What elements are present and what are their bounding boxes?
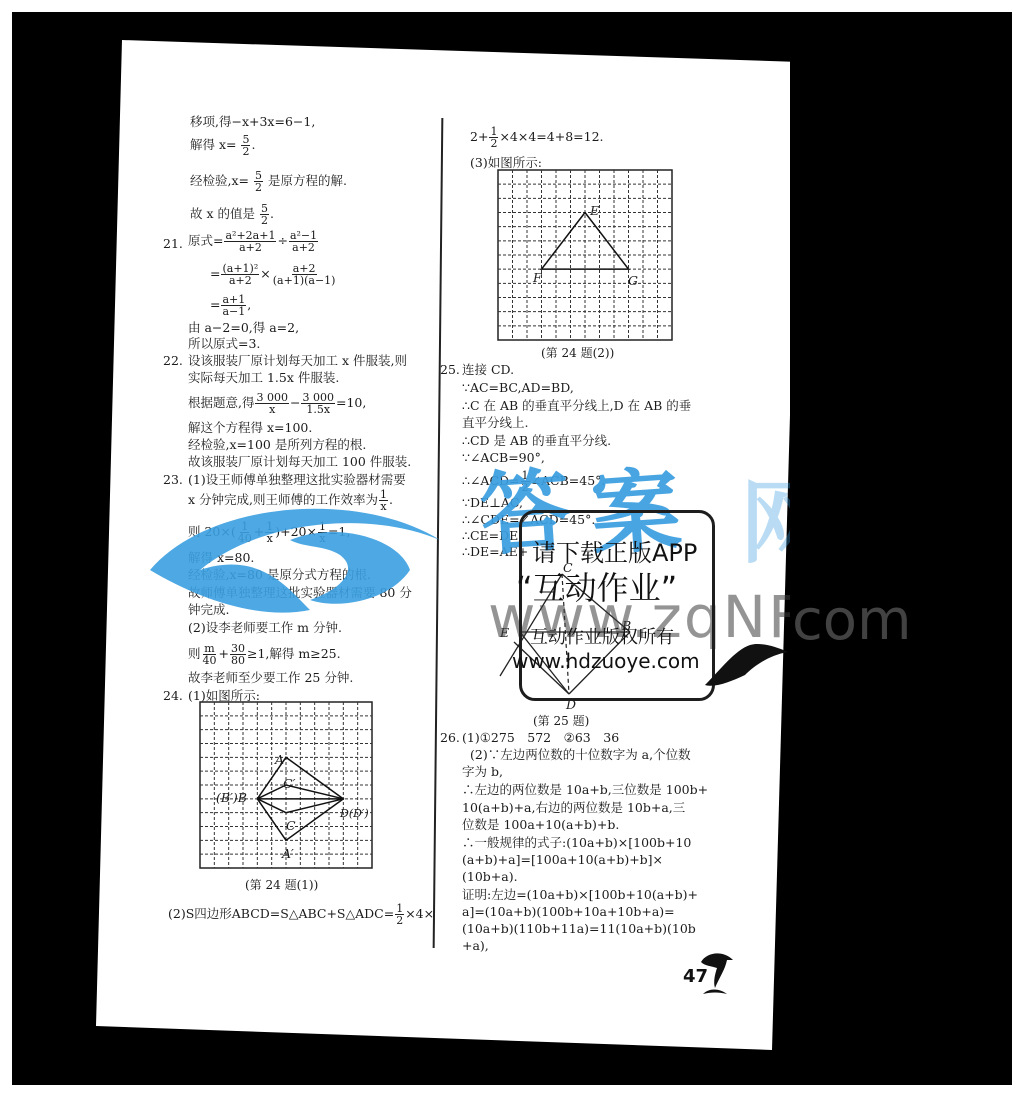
text-line: +a), [462,938,489,953]
text-line: (2)S四边形ABCD=S△ABC+S△ADC=12×4× [168,903,434,926]
label-G: G [628,273,638,288]
label-C: C [286,818,296,833]
watermark-url-tail: com [792,588,912,653]
stamp-text: www.hdzuoye.com [512,649,700,673]
text-line: 经检验,x= 52 是原方程的解. [190,170,347,193]
fraction: 12 [395,903,404,926]
text-line: 原式=a²+2a+1a+2÷a²−1a+2 [188,230,319,253]
text-line: ∵AC=BC,AD=BD, [462,380,574,395]
text-span: 解得 x= [190,137,237,152]
fraction: a²+2a+1a+2 [224,230,276,253]
label-A: A [275,752,284,767]
fraction: 52 [260,203,269,226]
text-line: (1)如图所示: [188,688,260,703]
ink-blot [700,630,790,690]
text-line: (10a+b)(110b+11a)=11(10a+b)(10b [462,921,696,936]
fraction: a+1a−1 [221,294,246,317]
dolphin-icon [697,948,737,1000]
text-line: =(a+1)²a+2×a+2(a+1)(a−1) [210,263,337,286]
label-A-prime: A′ [282,846,294,861]
figure-caption: (第 25 题) [533,712,589,729]
question-number: 24. [163,688,183,703]
text-line: 解得 x= 52. [190,134,255,157]
text-line: 10(a+b)+a,右边的两位数是 10b+a,三 [462,800,685,815]
text-line: (3)如图所示: [470,155,542,170]
fraction: 3 0001.5x [301,392,335,415]
copyright-stamp: 请下载正版APP “互动作业” 互动作业版权所有 www.hdzuoye.com [519,510,715,701]
text-line: (1)①275 572 ②63 36 [462,730,619,745]
figure-caption: (第 24 题(1)) [245,876,318,893]
label-B: (B′)B [216,790,247,805]
text-span: 是原方程的解. [268,173,347,188]
stamp-text: “互动作业” [516,563,677,609]
text-line: =a+1a−1, [210,294,251,317]
text-line: 连接 CD. [462,362,514,377]
fraction: a²−1a+2 [289,230,318,253]
text-line: 证明:左边=(10a+b)×[100b+10(a+b)+ [462,887,698,902]
text-line: 直平分线上. [462,415,528,430]
label-F: F [533,270,542,285]
eye-logo-watermark [140,480,460,630]
text-line: 经检验,x=100 是所列方程的根. [188,437,366,452]
text-line: 则m40+3080≥1,解得 m≥25. [188,643,341,666]
text-line: (a+b)+a]=[100a+10(a+b)+b]× [462,852,663,867]
question-number: 22. [163,353,183,368]
text-line: 设该服装厂原计划每天加工 x 件服装,则 [188,353,407,368]
text-line: ∴C 在 AB 的垂直平分线上,D 在 AB 的垂 [462,398,691,413]
fraction: 12 [489,126,498,149]
text-span: 故 x 的值是 [190,206,255,221]
stamp-text: 互动作业版权所有 [530,623,674,649]
scan-right-margin [790,40,1012,1085]
fraction: 3080 [230,643,246,666]
fraction: 52 [254,170,263,193]
figure-caption: (第 24 题(2)) [541,344,614,361]
text-line: ∴一般规律的式子:(10a+b)×[100b+10 [462,835,691,850]
question-number: 25. [440,362,460,377]
text-line: 根据题意,得3 000x−3 0001.5x=10, [188,392,366,415]
fraction: a+2(a+1)(a−1) [272,263,337,286]
text-line: 故 x 的值是 52. [190,203,274,226]
text-span: 经检验,x= [190,173,249,188]
fraction: (a+1)²a+2 [221,263,259,286]
text-line: 解这个方程得 x=100. [188,420,312,435]
text-line: 故该服装厂原计划每天加工 100 件服装. [188,454,411,469]
text-line: 由 a−2=0,得 a=2, [188,320,299,335]
text-line: ∴左边的两位数是 10a+b,三位数是 100b+ [462,782,708,797]
text-line: 2+12×4×4=4+8=12. [470,126,604,149]
fraction: 3 000x [255,392,289,415]
figure-24-2-grid [498,170,674,342]
text-line: 所以原式=3. [188,336,260,351]
text-line: a]=(10a+b)(100b+10a+10b+a)= [462,904,675,919]
text-line: (2)∵左边两位数的十位数字为 a,个位数 [470,747,691,762]
text-line: 位数是 100a+10(a+b)+b. [462,817,619,832]
label-C-prime: C′ [283,776,295,791]
label-D: D(D′) [340,806,369,821]
text-line: 字为 b, [462,764,503,779]
label-E: E [590,203,599,218]
question-number: 21. [163,236,183,251]
text-line: 故李老师至少要工作 25 分钟. [188,670,353,685]
text-line: 移项,得−x+3x=6−1, [190,114,315,129]
fraction: 52 [241,134,250,157]
fraction: m40 [202,643,218,666]
text-line: (10b+a). [462,869,518,884]
text-line: 实际每天加工 1.5x 件服装. [188,370,339,385]
question-number: 26. [440,730,460,745]
